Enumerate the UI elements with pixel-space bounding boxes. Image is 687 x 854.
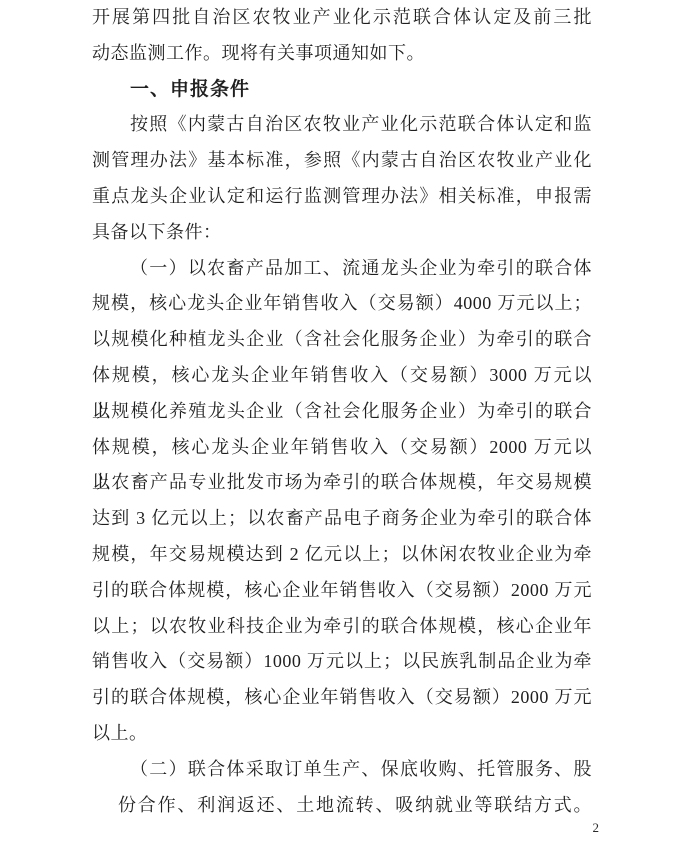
text-line: 达到 3 亿元以上；以农畜产品电子商务企业为牵引的联合体 <box>92 501 592 537</box>
text-line: 以规模化种植龙头企业（含社会化服务企业）为牵引的联合 <box>92 322 592 358</box>
text-line: 具备以下条件： <box>92 215 592 251</box>
text-line: 以农畜产品专业批发市场为牵引的联合体规模，年交易规模 <box>92 465 592 501</box>
text-line: 规模，核心龙头企业年销售收入（交易额）4000 万元以上； <box>92 286 592 322</box>
text-line: （一）以农畜产品加工、流通龙头企业为牵引的联合体 <box>92 251 592 287</box>
text-line: 销售收入（交易额）1000 万元以上；以民族乳制品企业为牵 <box>92 644 592 680</box>
text-line: 以上；以农牧业科技企业为牵引的联合体规模，核心企业年 <box>92 609 592 645</box>
section-heading: 一、申报条件 <box>92 72 592 108</box>
text-line: 体规模，核心龙头企业年销售收入（交易额）2000 万元以上； <box>92 430 592 466</box>
text-line: 以规模化养殖龙头企业（含社会化服务企业）为牵引的联合 <box>92 394 592 430</box>
text-line: 开展第四批自治区农牧业产业化示范联合体认定及前三批 <box>92 0 592 36</box>
page-number: 2 <box>593 820 600 836</box>
text-line: 引的联合体规模，核心企业年销售收入（交易额）2000 万元 <box>92 573 592 609</box>
text-line: 动态监测工作。现将有关事项通知如下。 <box>92 36 592 72</box>
document-page: 开展第四批自治区农牧业产业化示范联合体认定及前三批动态监测工作。现将有关事项通知… <box>0 0 687 854</box>
text-line: 份合作、利润返还、土地流转、吸纳就业等联结方式。 <box>92 788 592 824</box>
text-line: 重点龙头企业认定和运行监测管理办法》相关标准，申报需 <box>92 179 592 215</box>
text-line: （二）联合体采取订单生产、保底收购、托管服务、股 <box>92 752 592 788</box>
text-line: 以上。 <box>92 716 592 752</box>
text-block: 开展第四批自治区农牧业产业化示范联合体认定及前三批动态监测工作。现将有关事项通知… <box>92 0 592 823</box>
text-line: 测管理办法》基本标准，参照《内蒙古自治区农牧业产业化 <box>92 143 592 179</box>
text-line: 引的联合体规模，核心企业年销售收入（交易额）2000 万元 <box>92 680 592 716</box>
text-line: 规模，年交易规模达到 2 亿元以上；以休闲农牧业企业为牵 <box>92 537 592 573</box>
text-line: 体规模，核心龙头企业年销售收入（交易额）3000 万元以上； <box>92 358 592 394</box>
text-line: 按照《内蒙古自治区农牧业产业化示范联合体认定和监 <box>92 107 592 143</box>
